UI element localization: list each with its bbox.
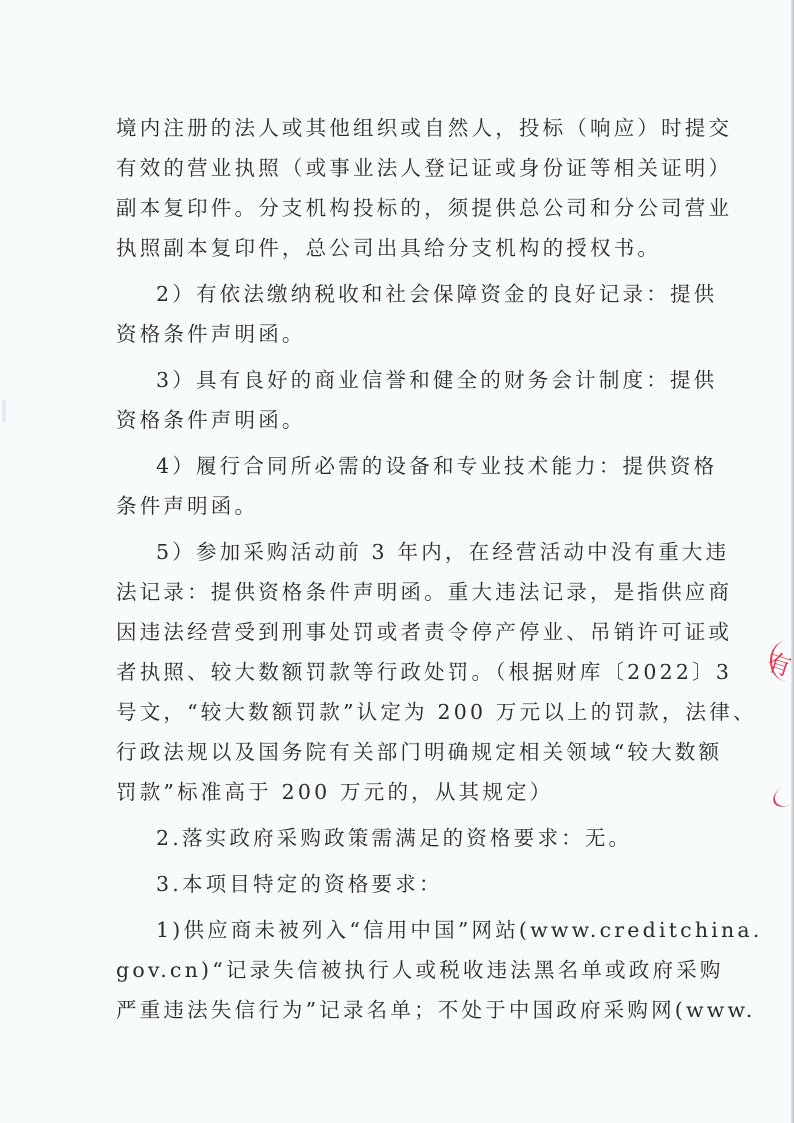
- text-line: 因违法经营受到刑事处罚或者责令停产停业、吊销许可证或: [116, 612, 732, 652]
- document-page: 境内注册的法人或其他组织或自然人，投标（响应）时提交 有效的营业执照（或事业法人…: [0, 0, 794, 1123]
- text-line: 副本复印件。分支机构投标的，须提供总公司和分公司营业: [116, 188, 732, 228]
- text-line: 者执照、较大数额罚款等行政处罚。（根据财库〔2022〕3: [116, 652, 732, 692]
- list-item-5: 5）参加采购活动前 3 年内，在经营活动中没有重大违: [156, 532, 729, 572]
- text-line: 罚款”标准高于 200 万元的，从其规定）: [116, 772, 553, 812]
- text-line: 严重违法失信行为”记录名单；不处于中国政府采购网(www.: [116, 990, 756, 1030]
- text-line: 执照副本复印件，总公司出具给分支机构的授权书。: [116, 228, 661, 268]
- text-line: gov.cn)“记录失信被执行人或税收违法黑名单或政府采购: [116, 950, 724, 990]
- text-line: 条件声明函。: [116, 486, 258, 526]
- text-line: 资格条件声明函。: [116, 400, 306, 440]
- list-item-4: 4）履行合同所必需的设备和专业技术能力：提供资格: [156, 446, 717, 486]
- text-line: 号文，“较大数额罚款”认定为 200 万元以上的罚款，法律、: [116, 692, 757, 732]
- text-line: 境内注册的法人或其他组织或自然人，投标（响应）时提交: [116, 108, 732, 148]
- section-2-heading: 2.落实政府采购政策需满足的资格要求：无。: [156, 818, 632, 858]
- list-item-1: 1)供应商未被列入“信用中国”网站(www.creditchina.: [156, 910, 763, 950]
- scan-artifact: [2, 400, 6, 422]
- text-line: 资格条件声明函。: [116, 314, 306, 354]
- text-line: 有效的营业执照（或事业法人登记证或身份证等相关证明）: [116, 148, 732, 188]
- section-3-heading: 3.本项目特定的资格要求：: [156, 864, 443, 904]
- list-item-3: 3）具有良好的商业信誉和健全的财务会计制度：提供: [156, 360, 717, 400]
- text-line: 行政法规以及国务院有关部门明确规定相关领域“较大数额: [116, 732, 722, 772]
- text-line: 法记录：提供资格条件声明函。重大违法记录，是指供应商: [116, 572, 732, 612]
- list-item-2: 2）有依法缴纳税收和社会保障资金的良好记录：提供: [156, 274, 717, 314]
